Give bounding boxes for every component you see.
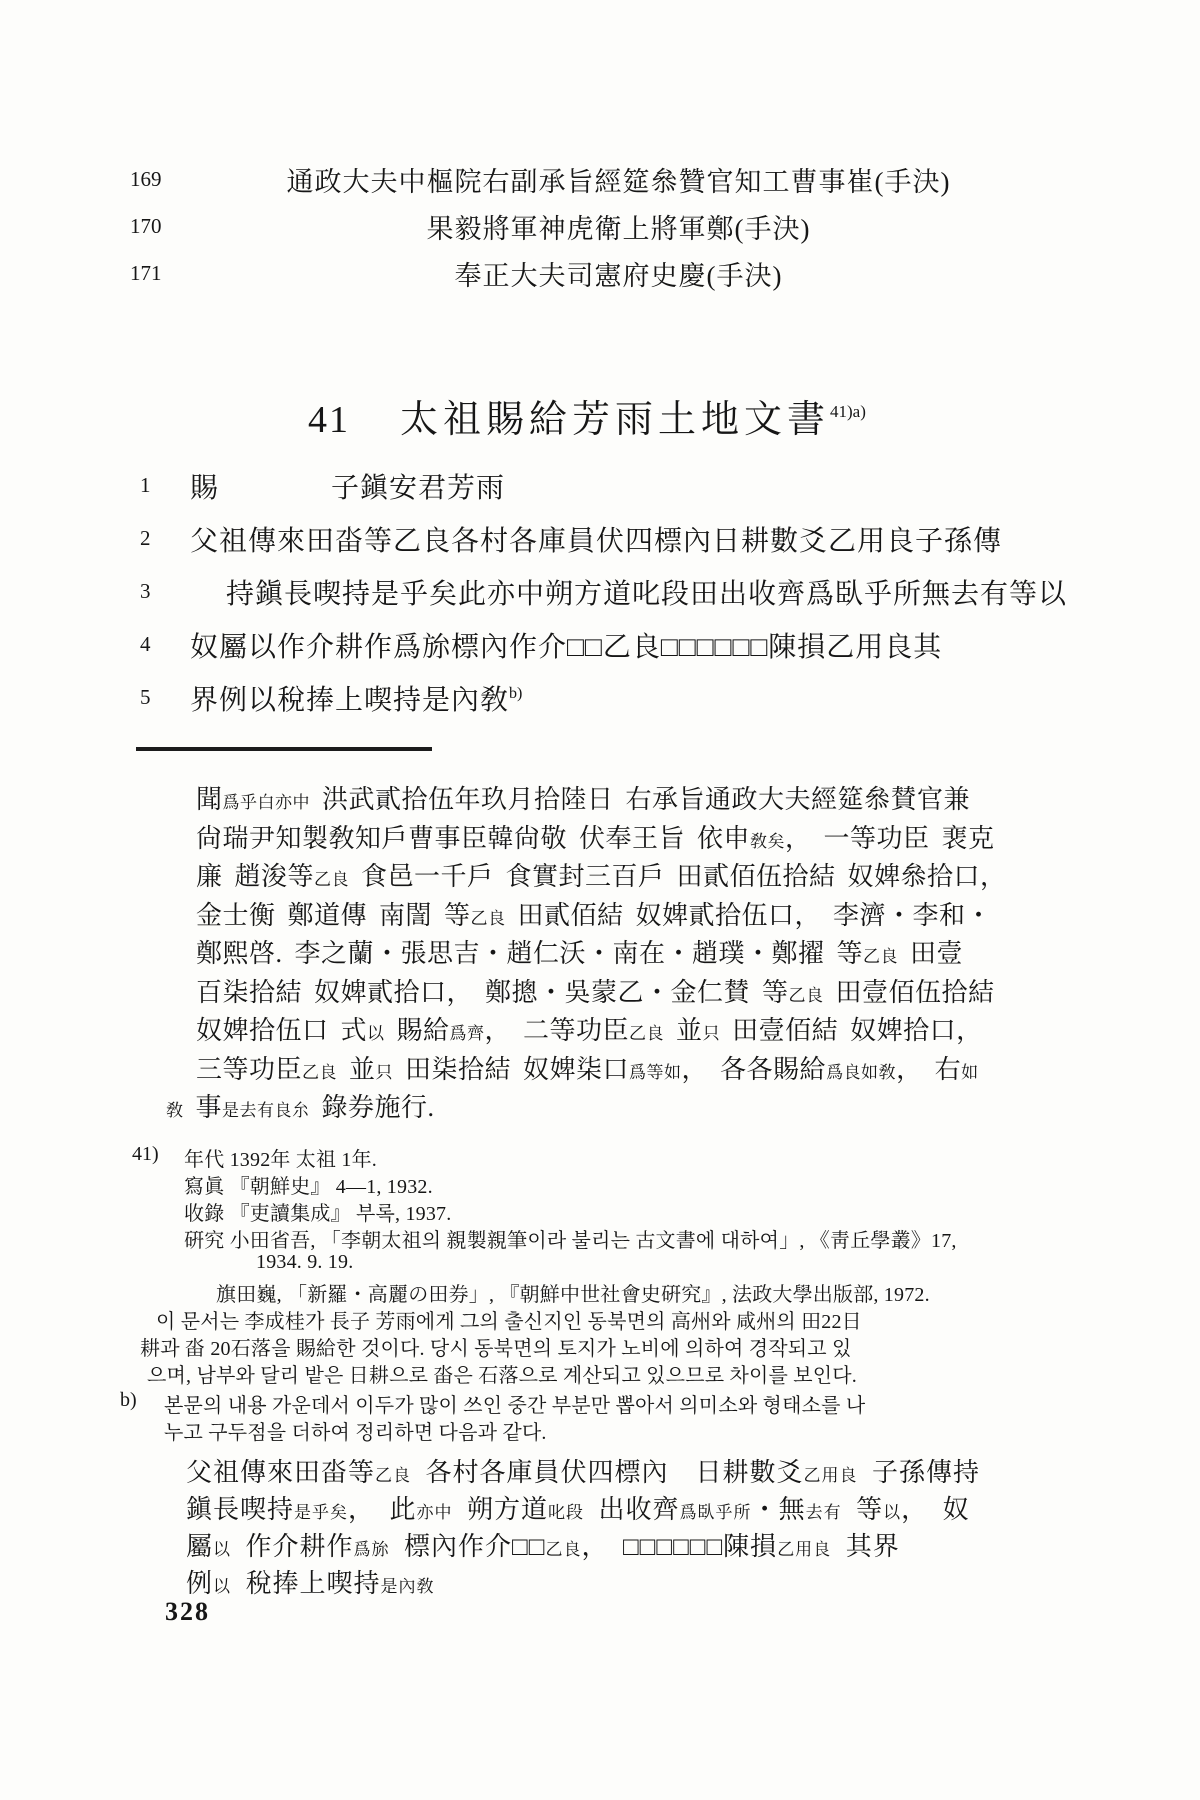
transcription-line: 3 持鎭長喫持是乎矣此亦中朔方道叱段田出收齊爲臥乎所無去有等以: [140, 565, 1067, 618]
page-number: 328: [165, 1597, 210, 1627]
footnote-line: 旗田巍, 「新羅・高麗の田券」, 『朝鮮中世社會史硏究』, 法政大學出版部, 1…: [216, 1278, 957, 1305]
footnote-line: 으며, 남부와 달리 밭은 日耕으로 畓은 石落으로 계산되고 있으므로 차이를…: [147, 1359, 957, 1386]
signature-number: 169: [130, 167, 202, 192]
line-number: 4: [140, 632, 190, 657]
transcription-line: 1 賜子鎭安君芳雨: [140, 459, 1067, 512]
line-number: 1: [140, 473, 190, 498]
footnote-line: 이 문서는 李成桂가 長子 芳雨에게 그의 출신지인 동북면의 高州와 咸州의 …: [156, 1305, 957, 1332]
line-text: 賜子鎭安君芳雨: [190, 466, 505, 506]
transcription: 1 賜子鎭安君芳雨 2 父祖傳來田畓等乙良各村各庫員伏四標內日耕數爻乙用良子孫傳…: [140, 459, 1067, 724]
document-title: 41太祖賜給芳雨土地文書41)a): [308, 388, 866, 443]
signature-row: 170 果毅將軍神虎衛上將軍鄭(手決): [130, 203, 1035, 250]
line-text: 持鎭長喫持是乎矣此亦中朔方道叱段田出收齊爲臥乎所無去有等以: [190, 572, 1067, 612]
idu-line: 例以 稅捧上喫持是內敎: [186, 1563, 980, 1600]
signature-text: 奉正大夫司憲府史慶(手決): [202, 254, 1035, 293]
footnote-line: 耕과 畓 20石落을 賜給한 것이다. 당시 동북면의 토지가 노비에 의하여 …: [140, 1332, 957, 1359]
line-number: 5: [140, 685, 190, 710]
footnote-line: 1934. 9. 19.: [256, 1251, 957, 1278]
signature-text: 果毅將軍神虎衛上將軍鄭(手決): [202, 207, 1035, 246]
signature-number: 170: [130, 214, 202, 239]
footnote-line: 누고 구두점을 더하여 정리하면 다음과 같다.: [164, 1416, 865, 1443]
footnote-line: 年代 1392年 太祖 1年.: [184, 1143, 957, 1170]
quote-line: 鄭熙啓. 李之蘭・張思吉・趙仁沃・南在・趙璞・鄭擢 等乙良 田壹: [196, 933, 1007, 972]
idu-line: 父祖傳來田畓等乙良 各村各庫員伏四標內 日耕數爻乙用良 子孫傳持: [186, 1452, 980, 1489]
line-number: 2: [140, 526, 190, 551]
footnote-b: b) 본문의 내용 가운데서 이두가 많이 쓰인 중간 부분만 뽑아서 의미소와…: [120, 1389, 865, 1443]
quote-line: 奴婢拾伍口 式以 賜給爲齊， 二等功臣乙良 並只 田壹佰結 奴婢拾口，: [196, 1010, 1007, 1049]
signature-row: 169 通政大夫中樞院右副承旨經筵叅贊官知工曹事崔(手決): [130, 156, 1035, 203]
idu-line: 鎭長喫持是乎矣， 此亦中 朔方道叱段 出收齊爲臥乎所・無去有 等以， 奴: [186, 1489, 980, 1526]
footnote-line: 收錄 『吏讀集成』 부록, 1937.: [184, 1197, 957, 1224]
title-number: 41: [308, 399, 350, 441]
footnote-b-label: b): [120, 1389, 137, 1412]
signature-text: 通政大夫中樞院右副承旨經筵叅贊官知工曹事崔(手決): [202, 160, 1035, 199]
quote-line: 敎 事是去有良厼 錄券施行.: [166, 1087, 1007, 1126]
quote-line: 聞爲乎白亦中 洪武貳拾伍年玖月拾陸日 右承旨通政大夫經筵叅賛官兼: [196, 779, 1007, 818]
line-number: 3: [140, 579, 190, 604]
separator-rule: [136, 747, 432, 751]
line-text: 界例以稅捧上喫持是內敎b): [190, 678, 522, 718]
quote-line: 廉 趙浚等乙良 食邑一千戶 食實封三百戶 田貳佰伍拾結 奴婢叅拾口，: [196, 856, 1007, 895]
idu-extract: 父祖傳來田畓等乙良 各村各庫員伏四標內 日耕數爻乙用良 子孫傳持 鎭長喫持是乎矣…: [186, 1452, 980, 1600]
signature-list: 169 通政大夫中樞院右副承旨經筵叅贊官知工曹事崔(手決) 170 果毅將軍神虎…: [130, 156, 1035, 297]
line-text: 奴屬以作介耕作爲旀標內作介□□乙良□□□□□□陳損乙用良其: [190, 625, 942, 665]
footnote-41-label: 41): [132, 1143, 159, 1166]
signature-row: 171 奉正大夫司憲府史慶(手決): [130, 250, 1035, 297]
royal-edict-quote: 聞爲乎白亦中 洪武貳拾伍年玖月拾陸日 右承旨通政大夫經筵叅賛官兼 尙瑞尹知製敎知…: [196, 779, 1007, 1126]
transcription-line: 4 奴屬以作介耕作爲旀標內作介□□乙良□□□□□□陳損乙用良其: [140, 618, 1067, 671]
title-footnote-marker: 41)a): [830, 402, 866, 421]
footnote-line: 寫眞 『朝鮮史』 4—1, 1932.: [184, 1170, 957, 1197]
transcription-line: 2 父祖傳來田畓等乙良各村各庫員伏四標內日耕數爻乙用良子孫傳: [140, 512, 1067, 565]
signature-number: 171: [130, 261, 202, 286]
idu-line: 屬以 作介耕作爲旀 標內作介□□乙良， □□□□□□陳損乙用良 其界: [186, 1526, 980, 1563]
line-text: 父祖傳來田畓等乙良各村各庫員伏四標內日耕數爻乙用良子孫傳: [190, 519, 1002, 559]
footnote-line: 硏究 小田省吾, 「李朝太祖의 親製親筆이라 불리는 古文書에 대하여」, 《靑…: [184, 1224, 957, 1251]
scanned-book-page: 169 通政大夫中樞院右副承旨經筵叅贊官知工曹事崔(手決) 170 果毅將軍神虎…: [0, 0, 1200, 1800]
quote-line: 百柒拾結 奴婢貳拾口， 鄭摠・吳蒙乙・金仁賛 等乙良 田壹佰伍拾結: [196, 972, 1007, 1011]
quote-line: 金士衡 鄭道傳 南誾 等乙良 田貳佰結 奴婢貳拾伍口， 李濟・李和・: [196, 895, 1007, 934]
footnote-41: 41) 年代 1392年 太祖 1年. 寫眞 『朝鮮史』 4—1, 1932. …: [132, 1143, 957, 1386]
transcription-line: 5 界例以稅捧上喫持是內敎b): [140, 671, 1067, 724]
title-text: 太祖賜給芳雨土地文書: [400, 399, 830, 441]
footnote-line: 본문의 내용 가운데서 이두가 많이 쓰인 중간 부분만 뽑아서 의미소와 형태…: [164, 1389, 865, 1416]
quote-line: 尙瑞尹知製敎知戶曹事臣韓尙敬 伏奉王旨 依申敎矣， 一等功臣 裵克: [196, 818, 1007, 857]
quote-line: 三等功臣乙良 並只 田柒拾結 奴婢柒口爲等如， 各各賜給爲良如敎， 右如: [196, 1049, 1007, 1088]
